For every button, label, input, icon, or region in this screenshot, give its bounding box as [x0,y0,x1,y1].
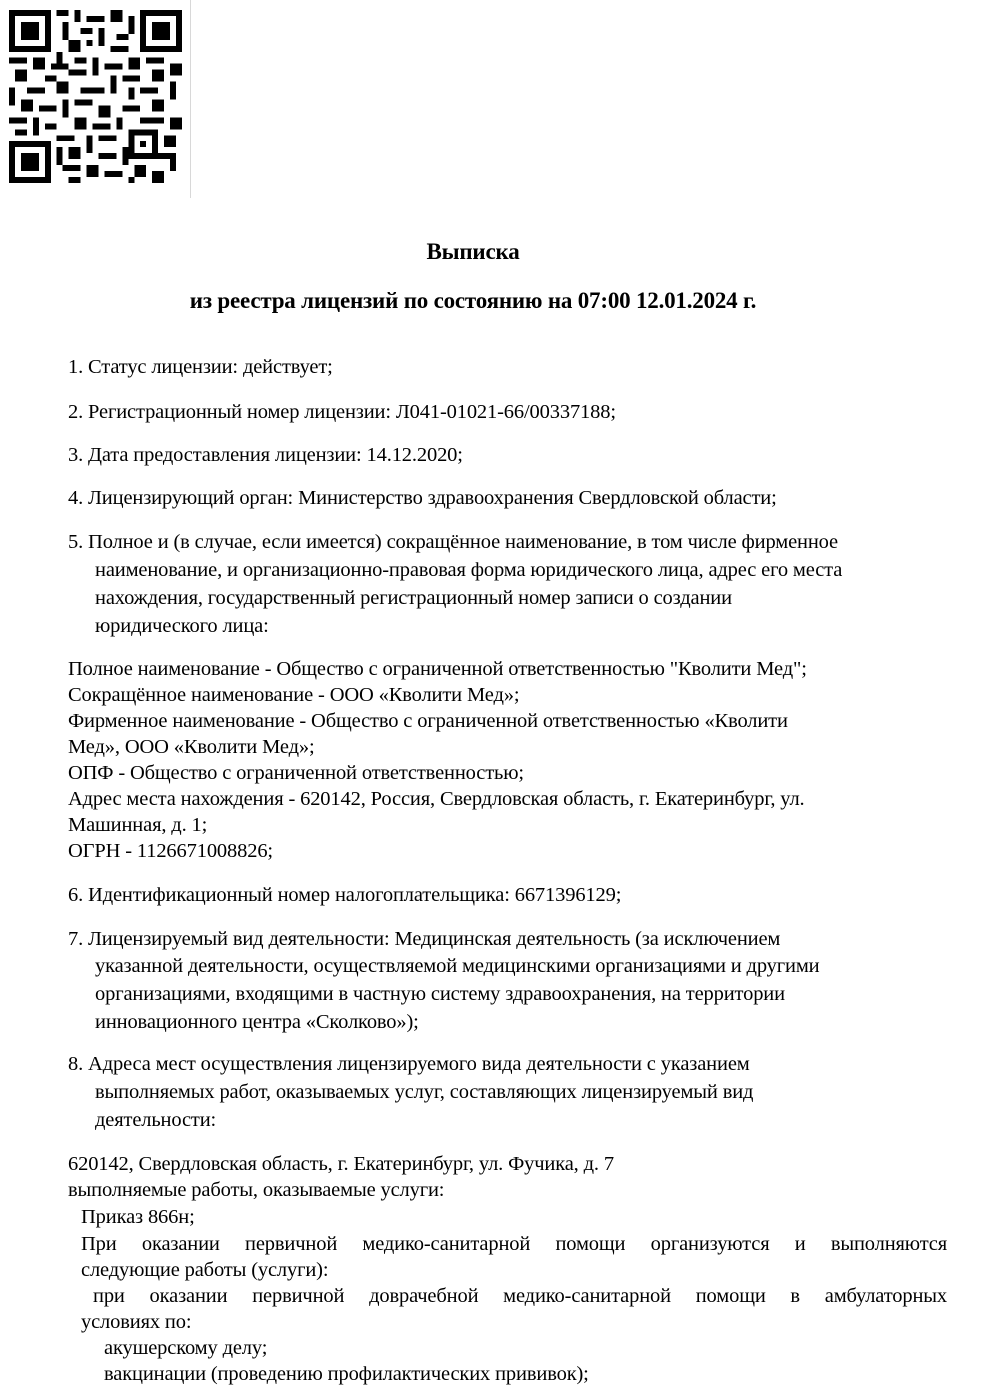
license-date: 3. Дата предоставления лицензии: 14.12.2… [68,444,463,467]
brand-name-line1: Фирменное наименование - Общество с огра… [68,710,788,733]
item5-line1: 5. Полное и (в случае, если имеется) сок… [68,531,838,554]
primary-care-line2: следующие работы (услуги): [81,1259,328,1282]
activity-address: 620142, Свердловская область, г. Екатери… [68,1153,614,1176]
order-number: Приказ 866н; [81,1206,195,1229]
item5-line3: нахождения, государственный регистрацион… [95,587,732,610]
legal-form: ОПФ - Общество с ограниченной ответствен… [68,762,524,785]
full-name: Полное наименование - Общество с огранич… [68,658,807,681]
item8-line1: 8. Адреса мест осуществления лицензируем… [68,1053,750,1076]
ogrn: ОГРН - 1126671008826; [68,840,273,863]
item7-line1: 7. Лицензируемый вид деятельности: Медиц… [68,928,780,951]
short-name: Сокращённое наименование - ООО «Кволити … [68,684,519,707]
item5-line2: наименование, и организационно-правовая … [95,559,842,582]
legal-address-line1: Адрес места нахождения - 620142, Россия,… [68,788,805,811]
licensing-authority: 4. Лицензирующий орган: Министерство здр… [68,487,777,510]
primary-care-line1: При оказании первичной медико-санитарной… [81,1233,947,1256]
item5-line4: юридического лица: [95,615,269,638]
prehospital-line1: при оказании первичной доврачебной медик… [93,1285,947,1308]
item8-line3: деятельности: [95,1109,216,1132]
qr-code-container [0,0,191,198]
qr-code-icon [9,10,182,183]
service-obstetrics: акушерскому делу; [104,1337,267,1360]
license-number: 2. Регистрационный номер лицензии: Л041-… [68,401,616,424]
prehospital-line2: условиях по: [81,1311,191,1334]
item8-line2: выполняемых работ, оказываемых услуг, со… [95,1081,753,1104]
service-vaccination: вакцинации (проведению профилактических … [104,1363,589,1386]
license-status: 1. Статус лицензии: действует; [68,356,333,379]
item7-line4: инновационного центра «Сколково»); [95,1011,419,1034]
works-label: выполняемые работы, оказываемые услуги: [68,1179,444,1202]
inn: 6. Идентификационный номер налогоплатель… [68,884,621,907]
document-subtitle: из реестра лицензий по состоянию на 07:0… [0,288,946,314]
item7-line2: указанной деятельности, осуществляемой м… [95,955,820,978]
item7-line3: организациями, входящими в частную систе… [95,983,785,1006]
legal-address-line2: Машинная, д. 1; [68,814,207,837]
brand-name-line2: Мед», ООО «Кволити Мед»; [68,736,315,759]
document-title: Выписка [0,239,946,265]
